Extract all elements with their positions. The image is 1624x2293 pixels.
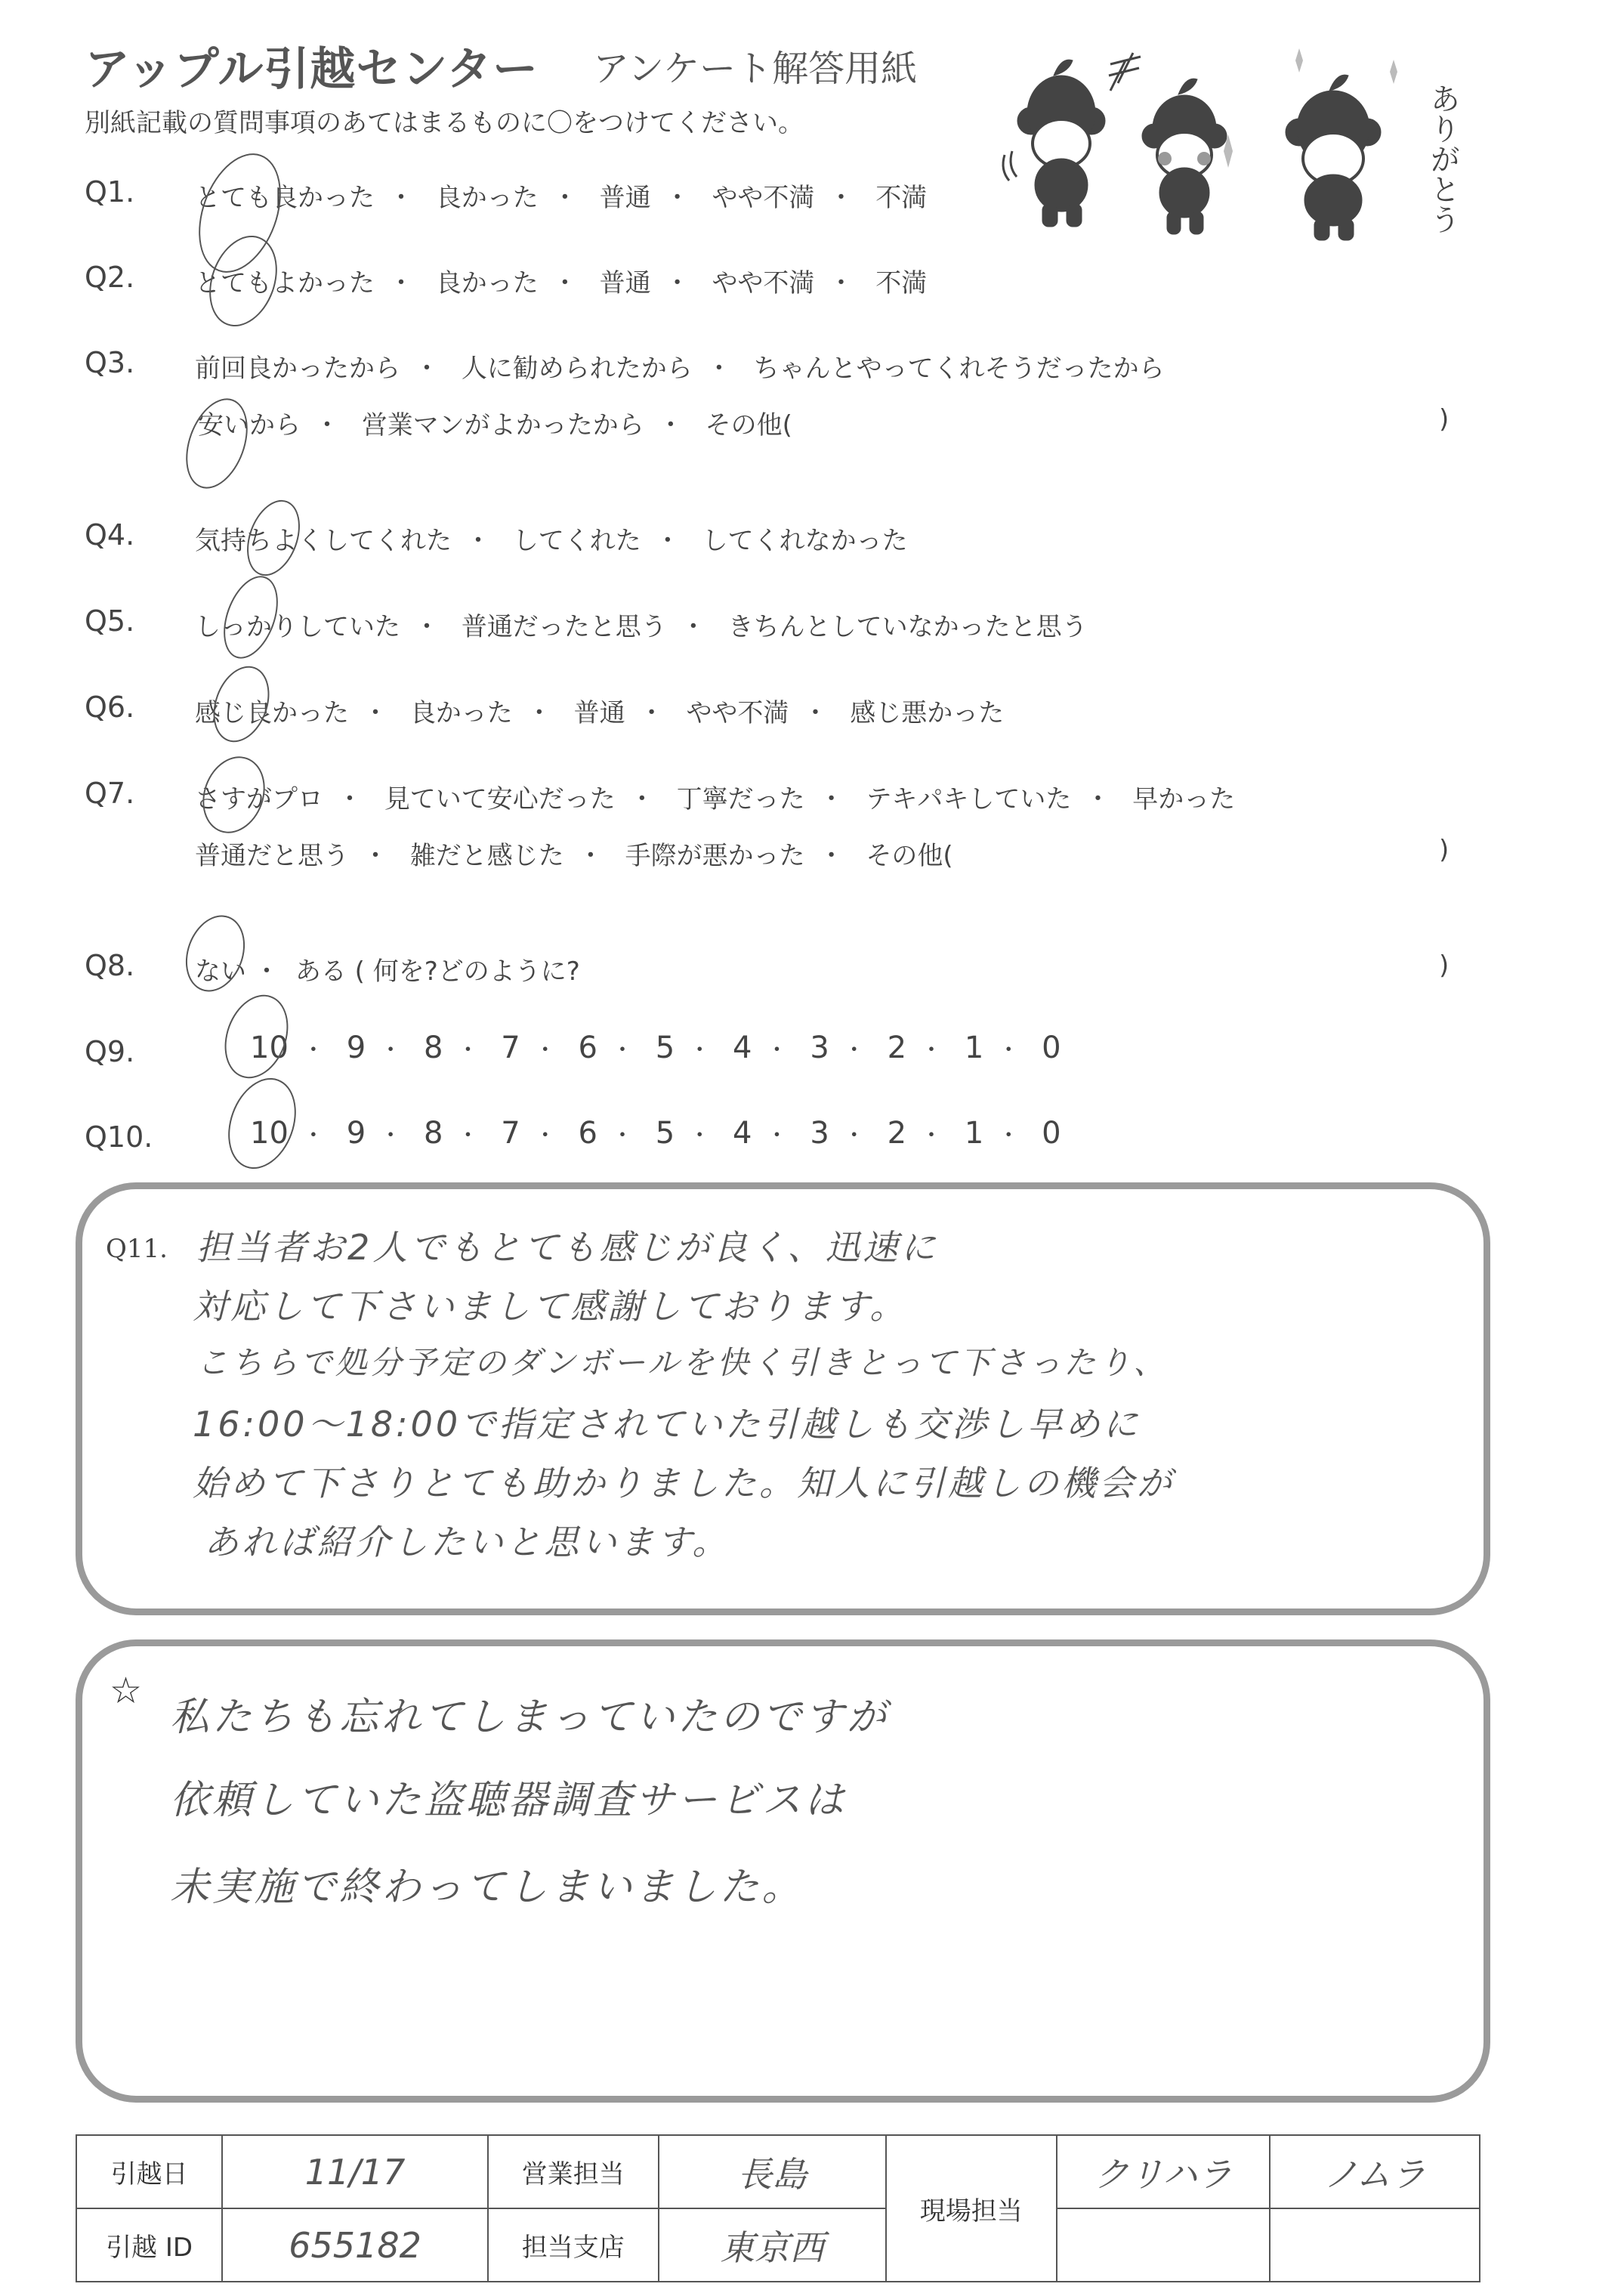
star-icon: ☆ (110, 1670, 142, 1712)
option-q2-1[interactable]: とてもよかった (195, 262, 375, 299)
rating-q10-7[interactable]: 7 (501, 1116, 520, 1151)
q11-comment-text: 担当者お2人でもとても感じが良く、迅速に 対応して下さいまして感謝しております。… (196, 1220, 1175, 1574)
option-q8-1[interactable]: ない (195, 950, 246, 987)
option-q4-1[interactable]: 気持ちよくしてくれた (195, 520, 452, 557)
rating-q9-2[interactable]: 2 (888, 1031, 906, 1065)
rating-q10-3[interactable]: 3 (810, 1116, 829, 1151)
other-close-paren-q7: ) (1439, 835, 1449, 865)
other-close-paren-q3: ) (1439, 404, 1449, 434)
rating-q10-6[interactable]: 6 (579, 1116, 597, 1151)
option-q6-1[interactable]: 感じ良かった (195, 692, 349, 729)
sales-rep-label: 営業担当 (488, 2135, 659, 2208)
question-options-q3-line1: 前回良かったから・ 人に勧められたから・ ちゃんとやってくれそうだったから (195, 348, 1165, 385)
option-q7-4[interactable]: テキパキしていた (866, 778, 1071, 815)
option-q2-2[interactable]: 良かった (436, 262, 539, 299)
option-q1-2[interactable]: 良かった (436, 177, 539, 214)
option-q5-1[interactable]: しっかりしていた (195, 606, 400, 643)
question-options-q3-line2: 安いから・ 営業マンがよかったから・ その他( (198, 404, 792, 441)
question-options-q2: とてもよかった・ 良かった・ 普通・ やや不満・ 不満 (195, 262, 927, 299)
rating-q9-6[interactable]: 6 (579, 1031, 597, 1065)
option-q7-1[interactable]: さすがプロ (195, 778, 323, 815)
option-q4-2[interactable]: してくれた (513, 520, 641, 557)
site-staff-3 (1057, 2208, 1270, 2282)
question-label-q7: Q7. (85, 777, 134, 810)
option-q2-5[interactable]: 不満 (875, 262, 927, 299)
option-q1-3[interactable]: 普通 (600, 177, 651, 214)
option-q3-6[interactable]: その他( (705, 404, 792, 441)
option-q2-3[interactable]: 普通 (600, 262, 651, 299)
option-q3-2[interactable]: 人に勧められたから (462, 348, 693, 385)
option-q6-4[interactable]: やや不満 (686, 692, 789, 729)
option-q7-2[interactable]: 見ていて安心だった (384, 778, 616, 815)
q11-label: Q11. (106, 1234, 168, 1264)
option-q4-3[interactable]: してくれなかった (702, 520, 908, 557)
question-label-q8: Q8. (85, 949, 134, 982)
note-line: 依頼していた盗聴器調査サービスは (170, 1768, 889, 1855)
question-options-q5: しっかりしていた・ 普通だったと思う・ きちんとしていなかったと思う (195, 606, 1088, 643)
move-date-value: 11/17 (222, 2135, 488, 2208)
option-q5-3[interactable]: きちんとしていなかったと思う (728, 606, 1088, 643)
move-info-table: 引越日 11/17 営業担当 長島 現場担当 クリハラ ノムラ 引越 ID 65… (76, 2134, 1480, 2282)
q11-line: あれば紹介したいと思います。 (204, 1515, 1175, 1574)
rating-q10-2[interactable]: 2 (888, 1116, 906, 1151)
instruction-text: 別紙記載の質問事項のあてはまるものに〇をつけてください。 (85, 102, 804, 139)
option-q3-1[interactable]: 前回良かったから (195, 348, 400, 385)
option-q1-4[interactable]: やや不満 (712, 177, 814, 214)
site-staff-2: ノムラ (1270, 2135, 1480, 2208)
site-staff-4 (1270, 2208, 1480, 2282)
option-q3-3[interactable]: ちゃんとやってくれそうだったから (754, 348, 1165, 385)
question-label-q9: Q9. (85, 1035, 134, 1068)
question-label-q4: Q4. (85, 518, 134, 552)
option-q5-2[interactable]: 普通だったと思う (462, 606, 667, 643)
company-name: アップル引越センター (85, 33, 539, 98)
question-options-q6: 感じ良かった・ 良かった・ 普通・ やや不満・ 感じ悪かった (195, 692, 1004, 729)
question-label-q5: Q5. (85, 604, 134, 638)
option-q6-3[interactable]: 普通 (574, 692, 625, 729)
move-date-label: 引越日 (76, 2135, 222, 2208)
option-q7-5[interactable]: 早かった (1132, 778, 1235, 815)
q11-line: 担当者お2人でもとても感じが良く、迅速に (196, 1220, 1175, 1279)
rating-q9-3[interactable]: 3 (810, 1031, 829, 1065)
option-q1-5[interactable]: 不満 (875, 177, 927, 214)
rating-q9-7[interactable]: 7 (501, 1031, 520, 1065)
rating-q10-9[interactable]: 9 (347, 1116, 366, 1151)
move-id-value: 655182 (222, 2208, 488, 2282)
rating-q9-4[interactable]: 4 (733, 1031, 752, 1065)
q11-line: 始めて下さりとても助かりました。知人に引越しの機会が (193, 1456, 1175, 1515)
note-line: 未実施で終わってしまいました。 (170, 1855, 889, 1938)
rating-q9-8[interactable]: 8 (424, 1031, 443, 1065)
site-staff-1: クリハラ (1057, 2135, 1270, 2208)
rating-q10-8[interactable]: 8 (424, 1116, 443, 1151)
option-q2-4[interactable]: やや不満 (712, 262, 814, 299)
other-close-paren-q8: ) (1439, 950, 1449, 981)
branch-label: 担当支店 (488, 2208, 659, 2282)
option-q7-6[interactable]: 普通だと思う (195, 835, 349, 872)
q11-line: 16:00～18:00で指定されていた引越しも交渉し早めに (193, 1397, 1175, 1456)
rating-q9-1[interactable]: 1 (965, 1031, 983, 1065)
option-q3-4[interactable]: 安いから (198, 404, 301, 441)
question-label-q3: Q3. (85, 346, 134, 379)
option-q7-9[interactable]: その他( (866, 835, 952, 872)
svg-text:ありがとう: ありがとう (1425, 83, 1460, 234)
option-q1-1[interactable]: とても良かった (195, 177, 375, 214)
rating-q10-0[interactable]: 0 (1042, 1116, 1061, 1151)
option-q8-2[interactable]: ある ( 何を?どのように? (295, 950, 580, 987)
move-id-label: 引越 ID (76, 2208, 222, 2282)
rating-q10-1[interactable]: 1 (965, 1116, 983, 1151)
option-q7-8[interactable]: 手際が悪かった (625, 835, 805, 872)
rating-scale-q9: 10・ 9・ 8・ 7・ 6・ 5・ 4・ 3・ 2・ 1・ 0 (245, 1031, 1066, 1065)
option-q3-5[interactable]: 営業マンがよかったから (362, 404, 644, 441)
rating-q9-0[interactable]: 0 (1042, 1031, 1061, 1065)
rating-q9-9[interactable]: 9 (347, 1031, 366, 1065)
q11-line: 対応して下さいまして感謝しております。 (193, 1279, 1175, 1338)
rating-q10-10[interactable]: 10 (250, 1116, 289, 1151)
rating-q10-4[interactable]: 4 (733, 1116, 752, 1151)
option-q6-5[interactable]: 感じ悪かった (850, 692, 1004, 729)
question-options-q8: ない・ ある ( 何を?どのように? (195, 950, 580, 987)
question-label-q6: Q6. (85, 691, 134, 724)
branch-value: 東京西 (659, 2208, 886, 2282)
question-label-q10: Q10. (85, 1120, 153, 1154)
option-q6-2[interactable]: 良かった (410, 692, 513, 729)
question-options-q7-line2: 普通だと思う・ 雑だと感じた・ 手際が悪かった・ その他( (195, 835, 953, 872)
rating-q9-10[interactable]: 10 (250, 1031, 289, 1065)
mascot-illustration: ありがとう (997, 30, 1541, 242)
rating-q10-5[interactable]: 5 (656, 1116, 675, 1151)
note-line: 私たちも忘れてしまっていたのですが (170, 1685, 889, 1768)
monkey-mascots-icon: ありがとう (997, 30, 1541, 242)
question-label-q2: Q2. (85, 261, 134, 294)
note-text: 私たちも忘れてしまっていたのですが 依頼していた盗聴器調査サービスは 未実施で終… (170, 1685, 889, 1938)
q11-line: こちらで処分予定のダンボールを快く引きとって下さったり、 (196, 1338, 1175, 1397)
sales-rep-value: 長島 (659, 2135, 886, 2208)
question-label-q1: Q1. (85, 175, 134, 209)
question-options-q7-line1: さすがプロ・ 見ていて安心だった・ 丁寧だった・ テキパキしていた・ 早かった (195, 778, 1235, 815)
site-staff-label: 現場担当 (886, 2135, 1057, 2282)
form-title: アンケート解答用紙 (593, 39, 917, 91)
rating-scale-q10: 10・ 9・ 8・ 7・ 6・ 5・ 4・ 3・ 2・ 1・ 0 (245, 1116, 1066, 1151)
rating-q9-5[interactable]: 5 (656, 1031, 675, 1065)
option-q7-7[interactable]: 雑だと感じた (410, 835, 564, 872)
option-q7-3[interactable]: 丁寧だった (677, 778, 805, 815)
question-options-q1: とても良かった・ 良かった・ 普通・ やや不満・ 不満 (195, 177, 927, 214)
question-options-q4: 気持ちよくしてくれた・ してくれた・ してくれなかった (195, 520, 908, 557)
